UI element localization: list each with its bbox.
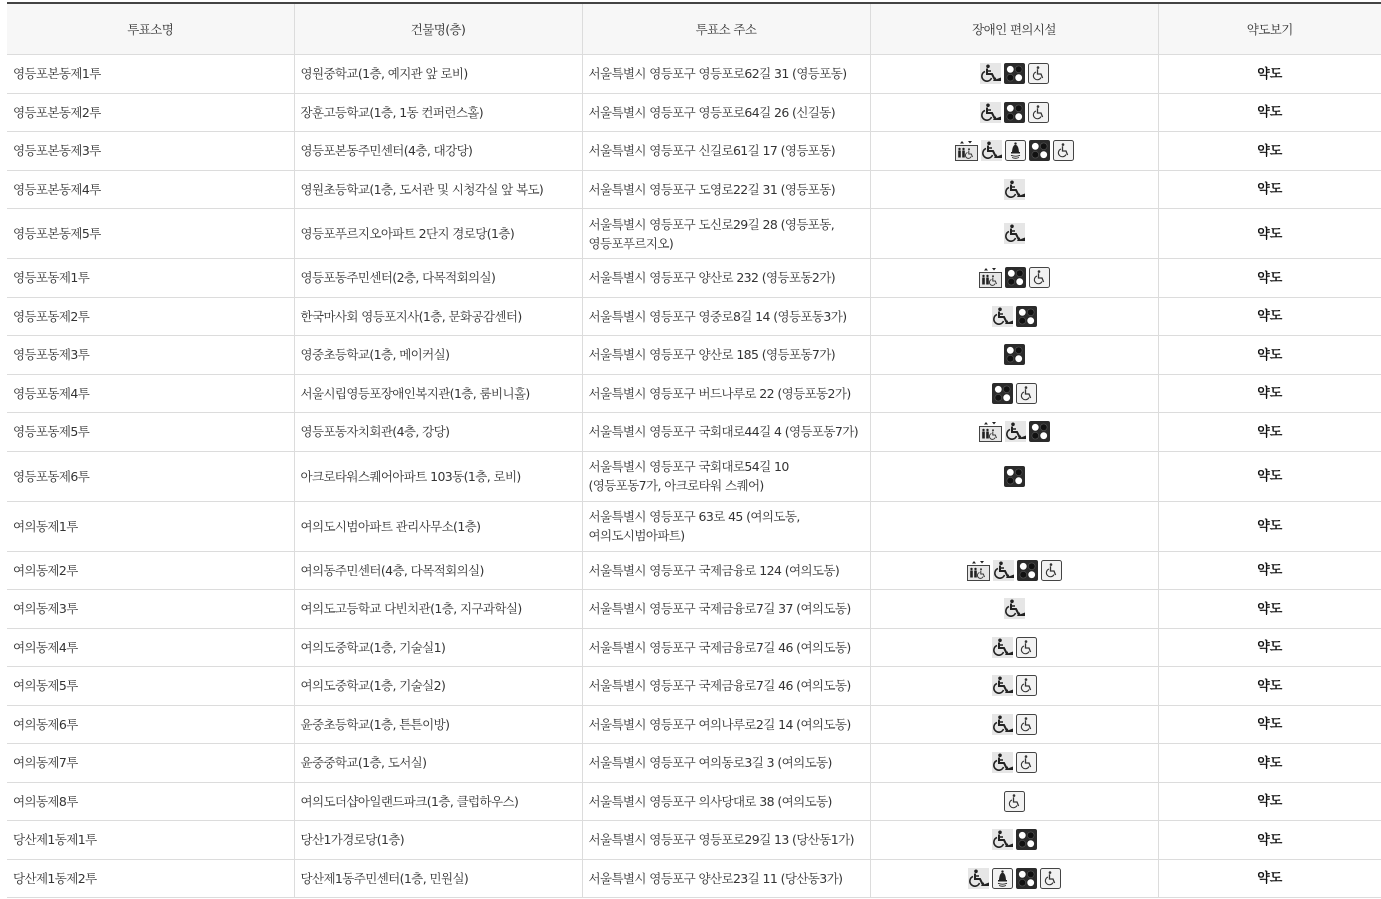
station-address: 서울특별시 영등포구 국제금융로7길 46 (여의도동) [582, 667, 870, 706]
station-address: 서울특별시 영등포구 영등포로62길 31 (영등포동) [582, 55, 870, 94]
table-row: 영등포동제3투영중초등학교(1층, 메이커실)서울특별시 영등포구 양산로 18… [7, 336, 1381, 375]
table-row: 영등포동제4투서울시립영등포장애인복지관(1층, 룸비니홀)서울특별시 영등포구… [7, 374, 1381, 413]
accessibility-facilities [870, 132, 1158, 171]
address-line: 서울특별시 영등포구 국회대로44길 4 (영등포동7가) [589, 422, 864, 441]
building-name: 장훈고등학교(1층, 1동 컨퍼런스홀) [294, 93, 582, 132]
station-address: 서울특별시 영등포구 국회대로54길 10(영등포동7가, 아크로타워 스퀘어) [582, 451, 870, 501]
address-line: 서울특별시 영등포구 양산로 232 (영등포동2가) [589, 268, 864, 287]
facility-icon-group [1004, 344, 1025, 365]
facility-icon-group [1004, 223, 1025, 244]
building-name: 아크로타워스퀘어아파트 103동(1층, 로비) [294, 451, 582, 501]
map-cell: 약도 [1158, 413, 1381, 452]
address-line: 서울특별시 영등포구 여의나루로2길 14 (여의도동) [589, 715, 864, 734]
map-cell: 약도 [1158, 170, 1381, 209]
address-line: 서울특별시 영등포구 도영로22길 31 (영등포동) [589, 180, 864, 199]
building-name: 윤중중학교(1층, 도서실) [294, 744, 582, 783]
address-line: 서울특별시 영등포구 영등포로62길 31 (영등포동) [589, 64, 864, 83]
building-name: 당산1가경로당(1층) [294, 821, 582, 860]
map-cell: 약도 [1158, 782, 1381, 821]
table-row: 여의동제3투여의도고등학교 다빈치관(1층, 지구과학실)서울특별시 영등포구 … [7, 590, 1381, 629]
facility-icon-group [1004, 791, 1025, 812]
map-link[interactable]: 약도 [1257, 386, 1282, 401]
map-cell: 약도 [1158, 501, 1381, 551]
building-name: 영등포본동주민센터(4층, 대강당) [294, 132, 582, 171]
building-name: 영원중학교(1층, 예지관 앞 로비) [294, 55, 582, 94]
station-address: 서울특별시 영등포구 양산로 185 (영등포동7가) [582, 336, 870, 375]
address-line: 서울특별시 영등포구 양산로23길 11 (당산동3가) [589, 869, 864, 888]
braille-icon [1016, 829, 1037, 850]
header-accessibility: 장애인 편의시설 [870, 3, 1158, 55]
station-address: 서울특별시 영등포구 영등포로64길 26 (신길동) [582, 93, 870, 132]
address-line: 서울특별시 영등포구 63로 45 (여의도동, [589, 507, 864, 526]
accessibility-facilities [870, 55, 1158, 94]
accessible-toilet-icon [1016, 752, 1037, 773]
building-name: 서울시립영등포장애인복지관(1층, 룸비니홀) [294, 374, 582, 413]
braille-icon [1005, 267, 1026, 288]
station-address: 서울특별시 영등포구 국회대로44길 4 (영등포동7가) [582, 413, 870, 452]
building-name: 여의동주민센터(4층, 다목적회의실) [294, 551, 582, 590]
map-cell: 약도 [1158, 297, 1381, 336]
address-line: 서울특별시 영등포구 국제금융로7길 46 (여의도동) [589, 638, 864, 657]
address-line: 서울특별시 영등포구 국회대로54길 10 [589, 457, 864, 476]
station-name: 여의동제4투 [7, 628, 294, 667]
station-name: 여의동제6투 [7, 705, 294, 744]
accessible-toilet-icon [1053, 140, 1074, 161]
wheelchair-ramp-icon [1004, 179, 1025, 200]
header-address: 투표소 주소 [582, 3, 870, 55]
elevator-icon [967, 560, 990, 581]
station-name: 당산제1동제2투 [7, 859, 294, 898]
station-name: 영등포본동제3투 [7, 132, 294, 171]
address-line: 서울특별시 영등포구 도신로29길 28 (영등포동, [589, 215, 864, 234]
accessibility-facilities [870, 297, 1158, 336]
station-address: 서울특별시 영등포구 도영로22길 31 (영등포동) [582, 170, 870, 209]
wheelchair-ramp-icon [980, 102, 1001, 123]
map-cell: 약도 [1158, 590, 1381, 629]
table-row: 영등포동제1투영등포동주민센터(2층, 다목적회의실)서울특별시 영등포구 양산… [7, 259, 1381, 298]
station-address: 서울특별시 영등포구 양산로23길 11 (당산동3가) [582, 859, 870, 898]
table-row: 영등포본동제3투영등포본동주민센터(4층, 대강당)서울특별시 영등포구 신길로… [7, 132, 1381, 171]
building-name: 여의도고등학교 다빈치관(1층, 지구과학실) [294, 590, 582, 629]
map-link[interactable]: 약도 [1257, 144, 1282, 159]
call-bell-icon [992, 868, 1013, 889]
address-line: 서울특별시 영등포구 영등포로64길 26 (신길동) [589, 103, 864, 122]
facility-icon-group [1004, 466, 1025, 487]
facility-icon-group [992, 829, 1037, 850]
map-cell: 약도 [1158, 628, 1381, 667]
table-row: 여의동제1투여의도시범아파트 관리사무소(1층)서울특별시 영등포구 63로 4… [7, 501, 1381, 551]
call-bell-icon [1005, 140, 1026, 161]
address-line: 서울특별시 영등포구 의사당대로 38 (여의도동) [589, 792, 864, 811]
accessibility-facilities [870, 413, 1158, 452]
facility-icon-group [979, 421, 1050, 442]
map-cell: 약도 [1158, 336, 1381, 375]
station-name: 영등포본동제1투 [7, 55, 294, 94]
wheelchair-ramp-icon [992, 675, 1013, 696]
table-row: 여의동제7투윤중중학교(1층, 도서실)서울특별시 영등포구 여의동로3길 3 … [7, 744, 1381, 783]
accessibility-facilities [870, 551, 1158, 590]
map-cell: 약도 [1158, 551, 1381, 590]
station-name: 여의동제7투 [7, 744, 294, 783]
station-name: 영등포동제1투 [7, 259, 294, 298]
wheelchair-ramp-icon [981, 140, 1002, 161]
accessibility-facilities [870, 336, 1158, 375]
accessible-toilet-icon [1016, 714, 1037, 735]
station-address: 서울특별시 영등포구 양산로 232 (영등포동2가) [582, 259, 870, 298]
map-link[interactable]: 약도 [1257, 425, 1282, 440]
braille-icon [1016, 306, 1037, 327]
station-address: 서울특별시 영등포구 여의나루로2길 14 (여의도동) [582, 705, 870, 744]
table-row: 여의동제4투여의도중학교(1층, 기술실1)서울특별시 영등포구 국제금융로7길… [7, 628, 1381, 667]
building-name: 영등포동자치회관(4층, 강당) [294, 413, 582, 452]
map-link[interactable]: 약도 [1257, 871, 1282, 886]
building-name: 여의도중학교(1층, 기술실1) [294, 628, 582, 667]
map-cell: 약도 [1158, 667, 1381, 706]
station-name: 영등포동제2투 [7, 297, 294, 336]
station-name: 영등포동제6투 [7, 451, 294, 501]
accessible-toilet-icon [1016, 383, 1037, 404]
table-row: 영등포본동제2투장훈고등학교(1층, 1동 컨퍼런스홀)서울특별시 영등포구 영… [7, 93, 1381, 132]
map-link[interactable]: 약도 [1257, 227, 1282, 242]
wheelchair-ramp-icon [1005, 421, 1026, 442]
map-cell: 약도 [1158, 705, 1381, 744]
station-name: 여의동제2투 [7, 551, 294, 590]
polling-station-table: 투표소명 건물명(층) 투표소 주소 장애인 편의시설 약도보기 영등포본동제1… [7, 2, 1381, 898]
accessibility-facilities [870, 501, 1158, 551]
station-name: 영등포본동제4투 [7, 170, 294, 209]
facility-icon-group [1004, 598, 1025, 619]
table-row: 여의동제2투여의동주민센터(4층, 다목적회의실)서울특별시 영등포구 국제금융… [7, 551, 1381, 590]
accessible-toilet-icon [1041, 560, 1062, 581]
map-cell: 약도 [1158, 259, 1381, 298]
table-row: 여의동제5투여의도중학교(1층, 기술실2)서울특별시 영등포구 국제금융로7길… [7, 667, 1381, 706]
map-link[interactable]: 약도 [1257, 519, 1282, 534]
map-link[interactable]: 약도 [1257, 756, 1282, 771]
braille-icon [1017, 560, 1038, 581]
braille-icon [1016, 868, 1037, 889]
table-row: 영등포동제2투한국마사회 영등포지사(1층, 문화공감센터)서울특별시 영등포구… [7, 297, 1381, 336]
facility-icon-group [980, 102, 1049, 123]
facility-icon-group [992, 637, 1037, 658]
wheelchair-ramp-icon [980, 63, 1001, 84]
station-name: 영등포동제5투 [7, 413, 294, 452]
braille-icon [1004, 344, 1025, 365]
braille-icon [1004, 466, 1025, 487]
accessibility-facilities [870, 259, 1158, 298]
accessibility-facilities [870, 628, 1158, 667]
address-line: 서울특별시 영등포구 영등포로29길 13 (당산동1가) [589, 830, 864, 849]
station-address: 서울특별시 영등포구 국제금융로7길 37 (여의도동) [582, 590, 870, 629]
table-row: 영등포본동제1투영원중학교(1층, 예지관 앞 로비)서울특별시 영등포구 영등… [7, 55, 1381, 94]
station-name: 여의동제3투 [7, 590, 294, 629]
station-name: 영등포동제3투 [7, 336, 294, 375]
wheelchair-ramp-icon [992, 714, 1013, 735]
station-name: 당산제1동제1투 [7, 821, 294, 860]
accessible-toilet-icon [1029, 267, 1050, 288]
accessibility-facilities [870, 705, 1158, 744]
table-row: 영등포동제6투아크로타워스퀘어아파트 103동(1층, 로비)서울특별시 영등포… [7, 451, 1381, 501]
facility-icon-group [992, 306, 1037, 327]
facility-icon-group [992, 714, 1037, 735]
address-line: 서울특별시 영등포구 국제금융로 124 (여의도동) [589, 561, 864, 580]
building-name: 영등포동주민센터(2층, 다목적회의실) [294, 259, 582, 298]
accessibility-facilities [870, 590, 1158, 629]
building-name: 한국마사회 영등포지사(1층, 문화공감센터) [294, 297, 582, 336]
facility-icon-group [968, 868, 1061, 889]
table-row: 당산제1동제2투당산제1동주민센터(1층, 민원실)서울특별시 영등포구 양산로… [7, 859, 1381, 898]
facility-icon-group [992, 752, 1037, 773]
wheelchair-ramp-icon [968, 868, 989, 889]
map-link[interactable]: 약도 [1257, 67, 1282, 82]
station-name: 영등포동제4투 [7, 374, 294, 413]
table-row: 당산제1동제1투당산1가경로당(1층)서울특별시 영등포구 영등포로29길 13… [7, 821, 1381, 860]
map-link[interactable]: 약도 [1257, 717, 1282, 732]
map-link[interactable]: 약도 [1257, 833, 1282, 848]
wheelchair-ramp-icon [992, 752, 1013, 773]
map-cell: 약도 [1158, 132, 1381, 171]
station-name: 영등포본동제2투 [7, 93, 294, 132]
facility-icon-group [992, 383, 1037, 404]
facility-icon-group [992, 675, 1037, 696]
building-name: 여의도시범아파트 관리사무소(1층) [294, 501, 582, 551]
accessible-toilet-icon [1028, 63, 1049, 84]
map-cell: 약도 [1158, 821, 1381, 860]
braille-icon [1004, 102, 1025, 123]
address-line: 서울특별시 영등포구 여의동로3길 3 (여의도동) [589, 753, 864, 772]
building-name: 영등포푸르지오아파트 2단지 경로당(1층) [294, 209, 582, 259]
map-cell: 약도 [1158, 744, 1381, 783]
building-name: 여의도더샵아일랜드파크(1층, 클럽하우스) [294, 782, 582, 821]
map-cell: 약도 [1158, 93, 1381, 132]
elevator-icon [979, 267, 1002, 288]
facility-icon-group [1004, 179, 1025, 200]
building-name: 당산제1동주민센터(1층, 민원실) [294, 859, 582, 898]
map-link[interactable]: 약도 [1257, 182, 1282, 197]
map-link[interactable]: 약도 [1257, 271, 1282, 286]
accessible-toilet-icon [1004, 791, 1025, 812]
wheelchair-ramp-icon [992, 829, 1013, 850]
accessibility-facilities [870, 744, 1158, 783]
braille-icon [1004, 63, 1025, 84]
table-row: 영등포동제5투영등포동자치회관(4층, 강당)서울특별시 영등포구 국회대로44… [7, 413, 1381, 452]
address-line: 서울특별시 영등포구 국제금융로7길 37 (여의도동) [589, 599, 864, 618]
header-station-name: 투표소명 [7, 3, 294, 55]
table-header-row: 투표소명 건물명(층) 투표소 주소 장애인 편의시설 약도보기 [7, 3, 1381, 55]
facility-icon-group [967, 560, 1062, 581]
station-name: 영등포본동제5투 [7, 209, 294, 259]
accessible-toilet-icon [1028, 102, 1049, 123]
braille-icon [992, 383, 1013, 404]
wheelchair-ramp-icon [1004, 223, 1025, 244]
wheelchair-ramp-icon [992, 637, 1013, 658]
accessibility-facilities [870, 667, 1158, 706]
station-address: 서울특별시 영등포구 신길로61길 17 (영등포동) [582, 132, 870, 171]
elevator-icon [955, 140, 978, 161]
wheelchair-ramp-icon [1004, 598, 1025, 619]
station-address: 서울특별시 영등포구 버드나루로 22 (영등포동2가) [582, 374, 870, 413]
map-cell: 약도 [1158, 209, 1381, 259]
building-name: 윤중초등학교(1층, 튼튼이방) [294, 705, 582, 744]
address-line: 서울특별시 영등포구 영중로8길 14 (영등포동3가) [589, 307, 864, 326]
station-address: 서울특별시 영등포구 국제금융로7길 46 (여의도동) [582, 628, 870, 667]
map-link[interactable]: 약도 [1257, 602, 1282, 617]
station-name: 여의동제5투 [7, 667, 294, 706]
wheelchair-ramp-icon [993, 560, 1014, 581]
table-row: 영등포본동제5투영등포푸르지오아파트 2단지 경로당(1층)서울특별시 영등포구… [7, 209, 1381, 259]
accessibility-facilities [870, 374, 1158, 413]
address-line: (영등포동7가, 아크로타워 스퀘어) [589, 476, 864, 495]
table-row: 여의동제8투여의도더샵아일랜드파크(1층, 클럽하우스)서울특별시 영등포구 의… [7, 782, 1381, 821]
station-address: 서울특별시 영등포구 도신로29길 28 (영등포동,영등포푸르지오) [582, 209, 870, 259]
station-address: 서울특별시 영등포구 의사당대로 38 (여의도동) [582, 782, 870, 821]
station-address: 서울특별시 영등포구 63로 45 (여의도동,여의도시범아파트) [582, 501, 870, 551]
header-map: 약도보기 [1158, 3, 1381, 55]
elevator-icon [979, 421, 1002, 442]
building-name: 영중초등학교(1층, 메이커실) [294, 336, 582, 375]
accessibility-facilities [870, 209, 1158, 259]
station-name: 여의동제1투 [7, 501, 294, 551]
accessibility-facilities [870, 782, 1158, 821]
facility-icon-group [955, 140, 1074, 161]
station-address: 서울특별시 영등포구 영중로8길 14 (영등포동3가) [582, 297, 870, 336]
header-building: 건물명(층) [294, 3, 582, 55]
table-row: 영등포본동제4투영원초등학교(1층, 도서관 및 시청각실 앞 복도)서울특별시… [7, 170, 1381, 209]
accessibility-facilities [870, 93, 1158, 132]
map-link[interactable]: 약도 [1257, 563, 1282, 578]
map-link[interactable]: 약도 [1257, 679, 1282, 694]
facility-icon-group [980, 63, 1049, 84]
station-address: 서울특별시 영등포구 여의동로3길 3 (여의도동) [582, 744, 870, 783]
accessibility-facilities [870, 821, 1158, 860]
facility-icon-group [979, 267, 1050, 288]
accessible-toilet-icon [1016, 637, 1037, 658]
accessibility-facilities [870, 170, 1158, 209]
map-link[interactable]: 약도 [1257, 469, 1282, 484]
accessible-toilet-icon [1016, 675, 1037, 696]
wheelchair-ramp-icon [992, 306, 1013, 327]
map-link[interactable]: 약도 [1257, 640, 1282, 655]
building-name: 여의도중학교(1층, 기술실2) [294, 667, 582, 706]
map-cell: 약도 [1158, 374, 1381, 413]
address-line: 서울특별시 영등포구 양산로 185 (영등포동7가) [589, 345, 864, 364]
station-address: 서울특별시 영등포구 국제금융로 124 (여의도동) [582, 551, 870, 590]
braille-icon [1029, 140, 1050, 161]
address-line: 서울특별시 영등포구 버드나루로 22 (영등포동2가) [589, 384, 864, 403]
accessibility-facilities [870, 451, 1158, 501]
table-row: 여의동제6투윤중초등학교(1층, 튼튼이방)서울특별시 영등포구 여의나루로2길… [7, 705, 1381, 744]
address-line: 여의도시범아파트) [589, 526, 864, 545]
building-name: 영원초등학교(1층, 도서관 및 시청각실 앞 복도) [294, 170, 582, 209]
address-line: 서울특별시 영등포구 신길로61길 17 (영등포동) [589, 141, 864, 160]
accessibility-facilities [870, 859, 1158, 898]
station-name: 여의동제8투 [7, 782, 294, 821]
map-cell: 약도 [1158, 859, 1381, 898]
map-cell: 약도 [1158, 55, 1381, 94]
accessible-toilet-icon [1040, 868, 1061, 889]
map-link[interactable]: 약도 [1257, 794, 1282, 809]
station-address: 서울특별시 영등포구 영등포로29길 13 (당산동1가) [582, 821, 870, 860]
address-line: 서울특별시 영등포구 국제금융로7길 46 (여의도동) [589, 676, 864, 695]
address-line: 영등포푸르지오) [589, 234, 864, 253]
map-link[interactable]: 약도 [1257, 309, 1282, 324]
braille-icon [1029, 421, 1050, 442]
map-link[interactable]: 약도 [1257, 105, 1282, 120]
map-link[interactable]: 약도 [1257, 348, 1282, 363]
map-cell: 약도 [1158, 451, 1381, 501]
